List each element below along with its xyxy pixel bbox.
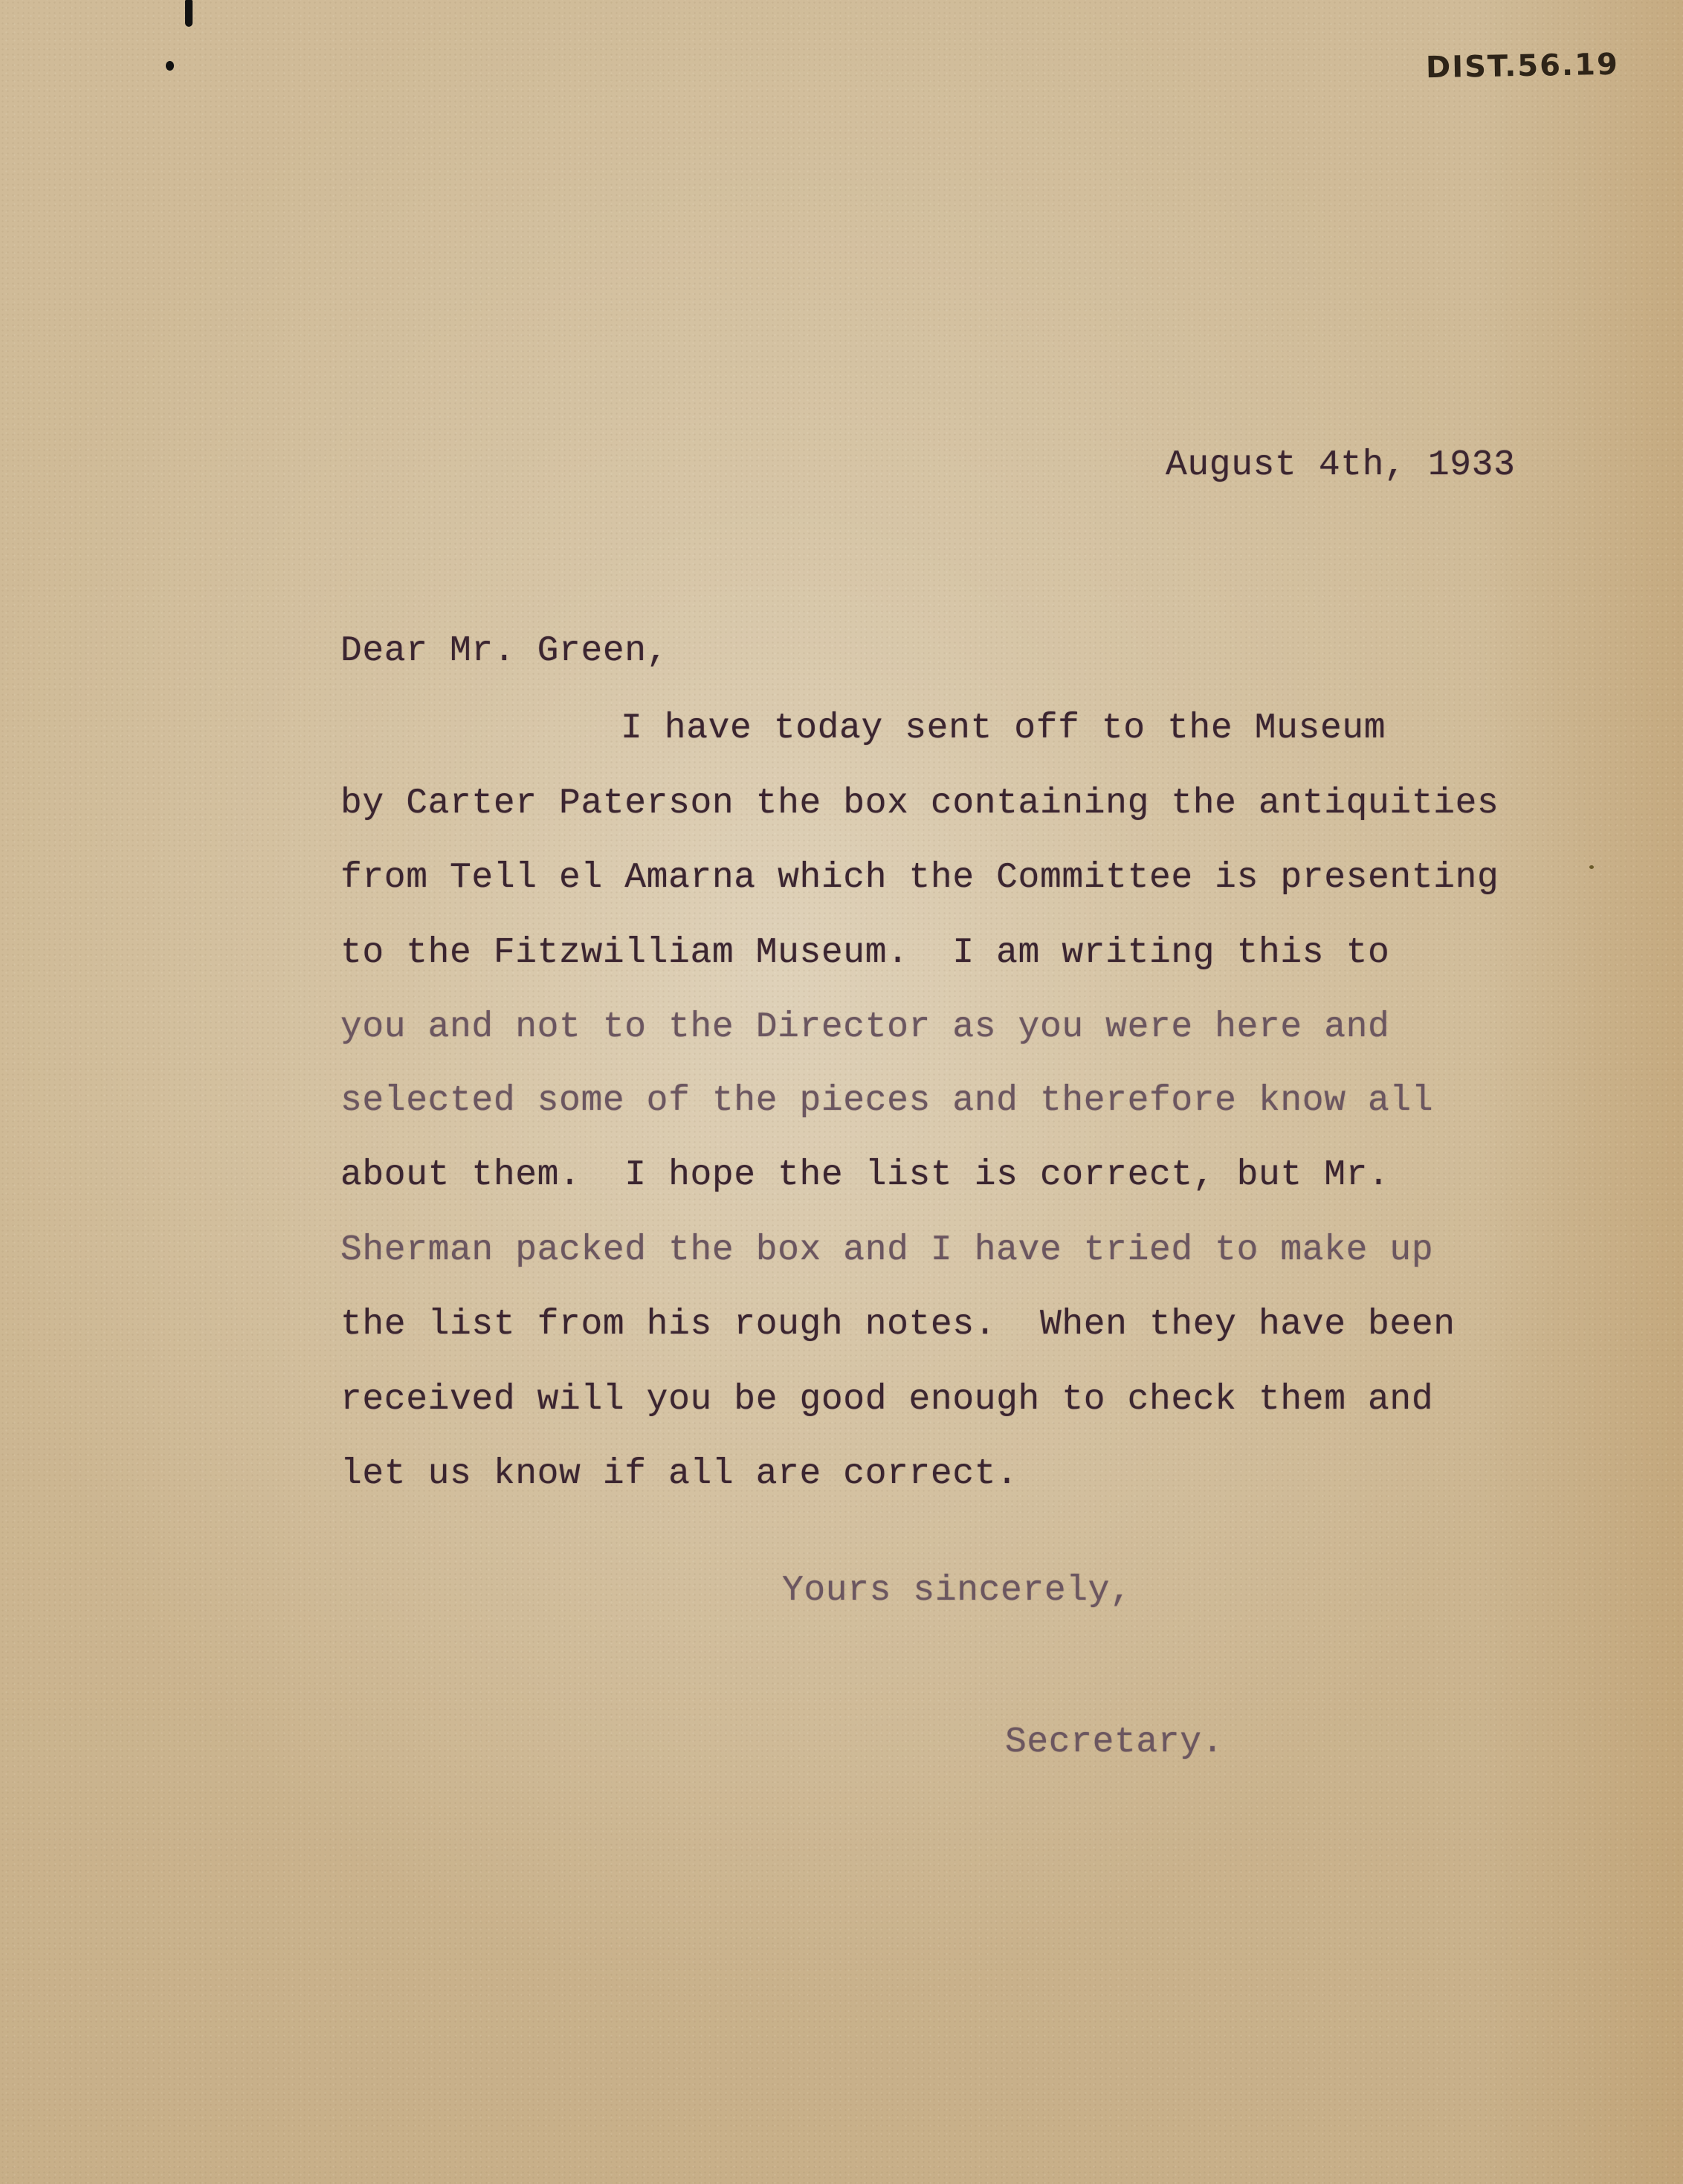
archive-reference: DIST.56.19 — [1426, 48, 1620, 85]
body-line: by Carter Paterson the box containing th… — [340, 783, 1499, 824]
body-line: let us know if all are correct. — [340, 1453, 1018, 1495]
body-line: you and not to the Director as you were … — [340, 1007, 1389, 1048]
body-line: the list from his rough notes. When they… — [340, 1304, 1456, 1345]
signature-title: Secretary. — [1005, 1722, 1224, 1763]
body-line: selected some of the pieces and therefor… — [340, 1080, 1433, 1122]
paper-speck — [1589, 865, 1594, 869]
body-line: I have today sent off to the Museum — [621, 708, 1386, 749]
salutation: Dear Mr. Green, — [340, 630, 668, 672]
body-line: about them. I hope the list is correct, … — [340, 1154, 1389, 1196]
ink-mark — [185, 0, 193, 27]
body-line: Sherman packed the box and I have tried … — [340, 1230, 1433, 1271]
ink-dot — [166, 61, 174, 71]
body-line: to the Fitzwilliam Museum. I am writing … — [340, 932, 1389, 974]
body-line: from Tell el Amarna which the Committee … — [340, 857, 1499, 899]
body-line: received will you be good enough to chec… — [340, 1379, 1433, 1421]
letter-date: August 4th, 1933 — [1166, 445, 1515, 486]
closing: Yours sincerely, — [782, 1570, 1131, 1612]
